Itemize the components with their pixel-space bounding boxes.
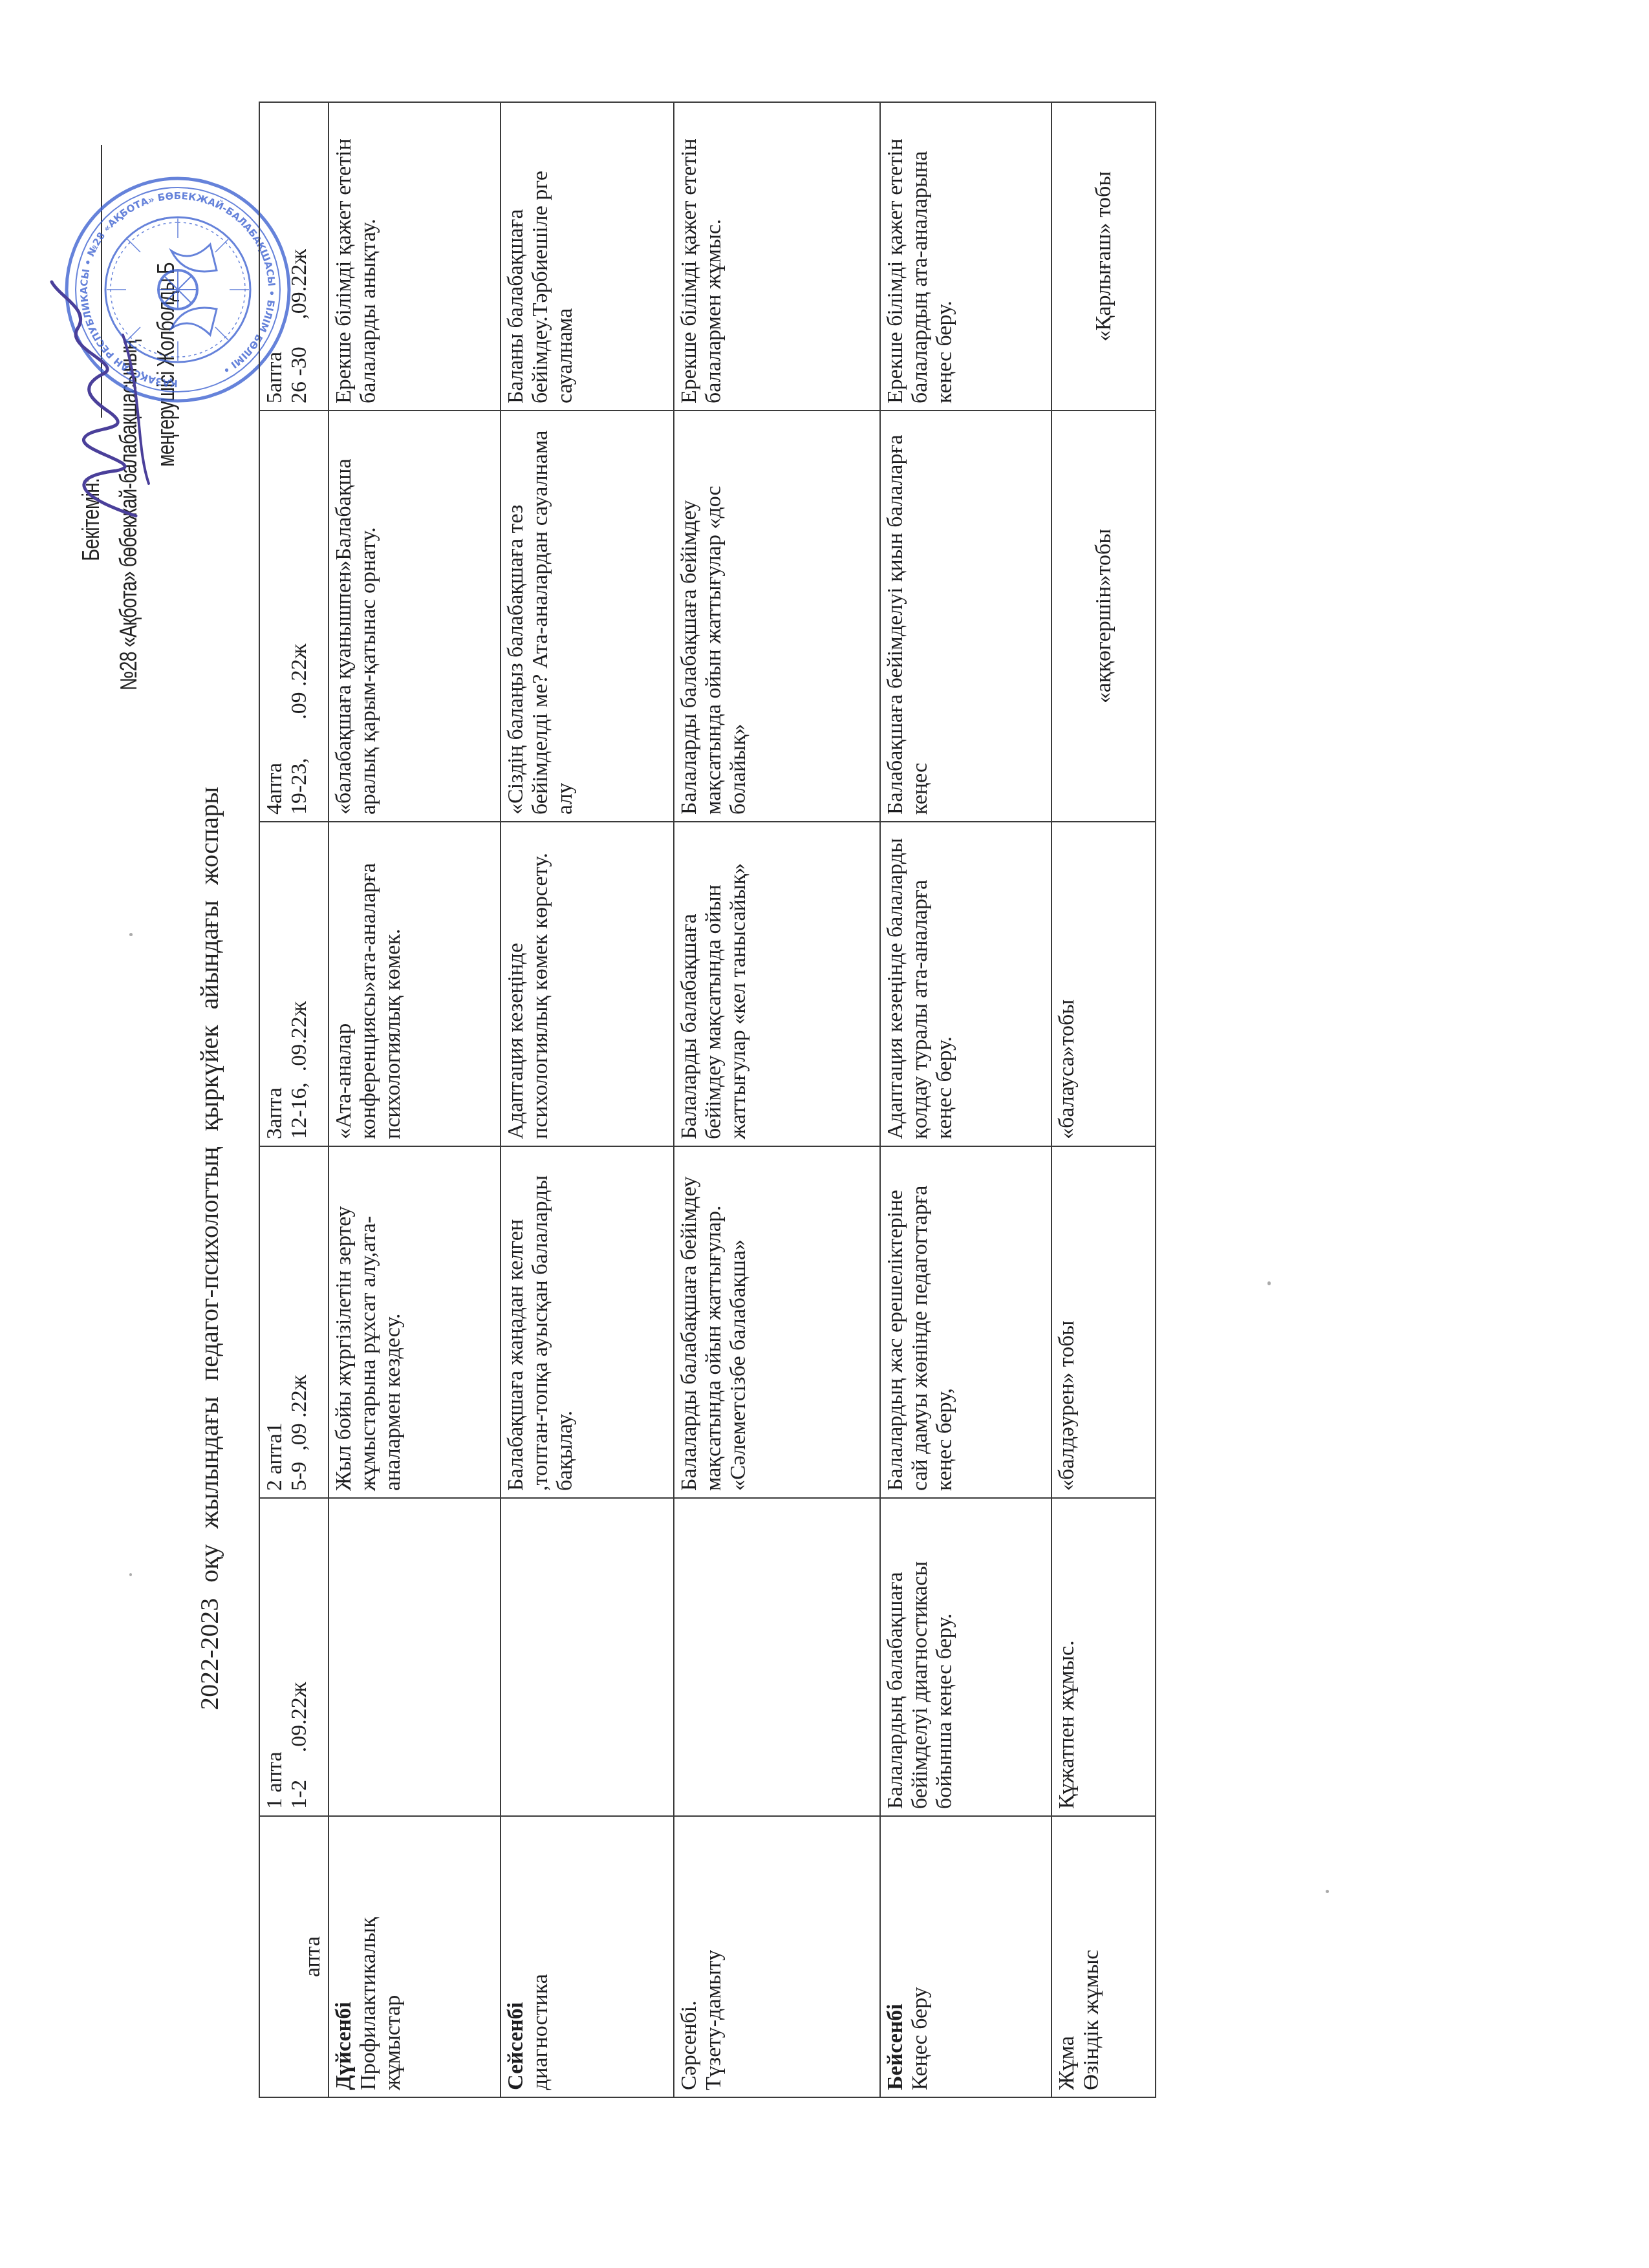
table-cell: Балалардың жас ерешеліктеріне сай дамуы …	[880, 1146, 1051, 1498]
column-header-week: апта	[259, 1816, 329, 2097]
table-cell: Ерекше білімді қажет ететін балалардың а…	[880, 102, 1051, 411]
scan-speck	[129, 933, 133, 936]
document-page: Бекітемін: №28 «Ақбота» бөбекжай-балабақ…	[0, 0, 1649, 2268]
table-cell: Балабақшаға жаңадан келген ,топтан-топқа…	[501, 1146, 674, 1498]
signature-line	[101, 145, 102, 418]
column-header-week-4: 4апта19-23, .09 .22ж	[259, 411, 329, 822]
column-header-week-3: 3апта12-16, .09.22ж	[259, 822, 329, 1146]
table-cell: «Сіздің балаңыз балабақшаға тез бейімдел…	[501, 411, 674, 822]
approval-label: Бекітемін:	[78, 478, 105, 561]
table-row: БейсенбіКеңес беру Балалардың балабақшағ…	[880, 102, 1051, 2097]
column-header-week-5: 5апта26 -30 ,09.22ж	[259, 102, 329, 411]
column-header-week-1: 1 апта1-2 .09.22ж	[259, 1498, 329, 1816]
row-label-tuesday: Сейсенбідиагностика	[501, 1816, 674, 2097]
table-cell: «балдәурен» тобы	[1051, 1146, 1156, 1498]
head-name-line: меңгерушісі Жолболды Б	[153, 262, 180, 467]
table-cell	[674, 1498, 880, 1816]
document-title: 2022-2023 оқу жылындағы педагог-психолог…	[194, 787, 224, 1710]
table-cell: Балабақшаға бейімделуі қиын балаларға ке…	[880, 411, 1051, 822]
table-cell: Балаларды балабақшаға бейімдеу мақсатынд…	[674, 411, 880, 822]
row-label-monday: ДүйсенбіПрофилактикалық жұмыстар	[329, 1816, 501, 2097]
table-cell: «балабақшаға қуанышпен»Балабақша аралық …	[329, 411, 501, 822]
table-cell: Ерекше білімді қажет ететін балалармен ж…	[674, 102, 880, 411]
scan-speck	[365, 700, 368, 703]
table-cell: «балауса»тобы	[1051, 822, 1156, 1146]
row-label-friday: ЖұмаӨзіндік жұмыс	[1051, 1816, 1156, 2097]
row-label-wednesday: Сәрсенбі.Түзету-дамыту	[674, 1816, 880, 2097]
table-cell: «Ата-аналар конференциясы»ата-аналарға п…	[329, 822, 501, 1146]
table-row: Сәрсенбі.Түзету-дамыту Балаларды балабақ…	[674, 102, 880, 2097]
table-cell: Баланы балабақшаға бейімдеу.Тәрбиешіле р…	[501, 102, 674, 411]
table-cell	[329, 1498, 501, 1816]
plan-table: апта 1 апта1-2 .09.22ж 2 апта15-9 ,09 .2…	[259, 102, 1156, 2098]
table-row: Сейсенбідиагностика Балабақшаға жаңадан …	[501, 102, 674, 2097]
column-header-week-2: 2 апта15-9 ,09 .22ж	[259, 1146, 329, 1498]
organization-line: №28 «Ақбота» бөбекжай-балабақшасының	[115, 340, 142, 690]
scan-speck	[1326, 1890, 1329, 1893]
table-header-row: апта 1 апта1-2 .09.22ж 2 апта15-9 ,09 .2…	[259, 102, 329, 2097]
table-cell: Балалардың балабақшаға бейімделуі диагно…	[880, 1498, 1051, 1816]
table-cell: «аққөгершін»тобы	[1051, 411, 1156, 822]
table-cell: Ерекше білімді қажет ететін балаларды ан…	[329, 102, 501, 411]
scan-speck	[129, 1573, 132, 1576]
table-cell: Жыл бойы жүргізілетін зертеу жұмыстарына…	[329, 1146, 501, 1498]
table-cell: Адаптация кезеңінде балаларды қолдау тур…	[880, 822, 1051, 1146]
table-cell: «Қарлығаш» тобы	[1051, 102, 1156, 411]
scan-speck	[1267, 1281, 1271, 1285]
table-cell: Балаларды балабақшаға бейімдеу мақсатынд…	[674, 1146, 880, 1498]
row-label-thursday: БейсенбіКеңес беру	[880, 1816, 1051, 2097]
table-cell	[501, 1498, 674, 1816]
table-cell: Құжатпен жұмыс.	[1051, 1498, 1156, 1816]
table-cell: Адаптация кезеңінде психологиялық көмек …	[501, 822, 674, 1146]
table-row: ДүйсенбіПрофилактикалық жұмыстар Жыл бой…	[329, 102, 501, 2097]
table-cell: Балаларды балабақшаға бейімдеу мақсатынд…	[674, 822, 880, 1146]
table-row: ЖұмаӨзіндік жұмыс Құжатпен жұмыс. «балдә…	[1051, 102, 1156, 2097]
